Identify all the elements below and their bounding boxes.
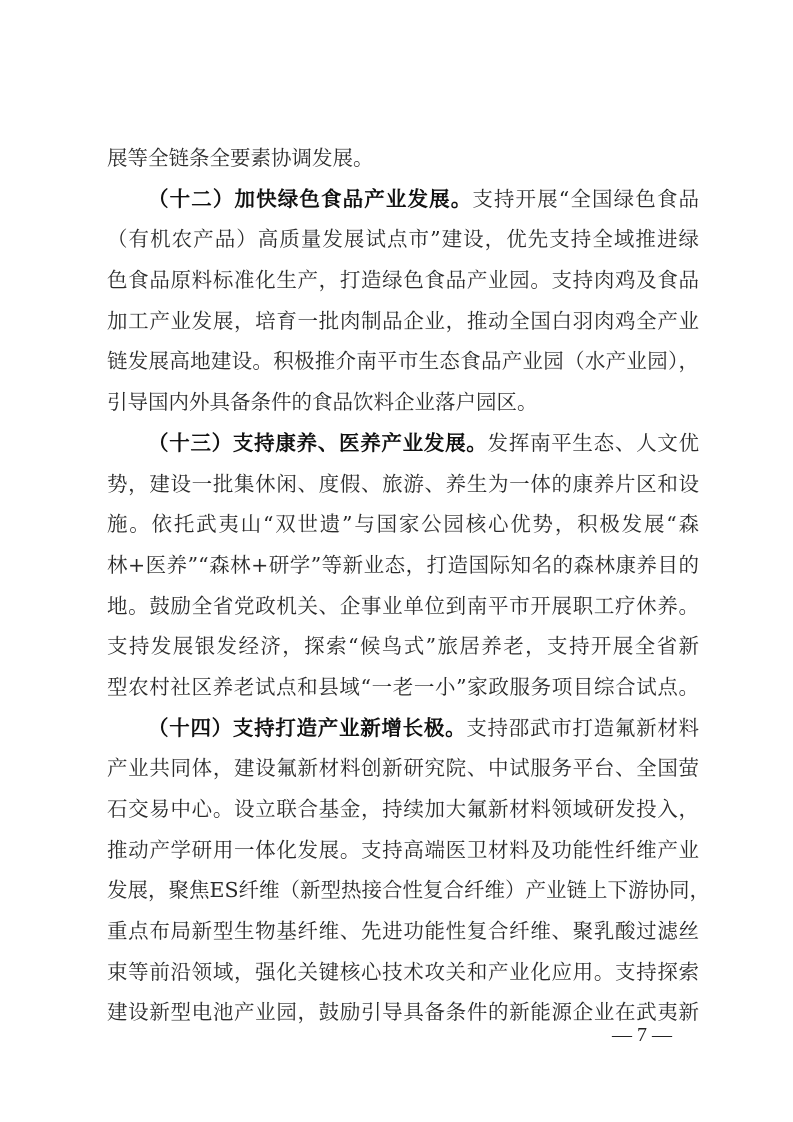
text-line: 发展，聚焦ES纤维（新型热接合性复合纤维）产业链上下游协同， xyxy=(107,870,699,911)
text-line: 束等前沿领域，强化关键核心技术攻关和产业化应用。支持探索 xyxy=(107,952,699,993)
text-line: 色食品原料标准化生产，打造绿色食品产业园。支持肉鸡及食品 xyxy=(107,260,699,301)
text-line: 施。依托武夷山“双世遗”与国家公园核心优势，积极发展“森 xyxy=(107,504,699,545)
text-line: 引导国内外具备条件的食品饮料企业落户园区。 xyxy=(107,382,699,423)
text-line: 势，建设一批集休闲、度假、旅游、养生为一体的康养片区和设 xyxy=(107,464,699,505)
text-line: 展等全链条全要素协调发展。 xyxy=(107,138,699,179)
line-text: 石交易中心。设立联合基金，持续加大氟新材料领域研发投入， xyxy=(107,797,699,821)
line-text: 林+医养”“森林+研学”等新业态，打造国际知名的森林康养目的 xyxy=(107,553,699,577)
text-line: 链发展高地建设。积极推介南平市生态食品产业园（水产业园）， xyxy=(107,341,699,382)
line-text: 重点布局新型生物基纤维、先进功能性复合纤维、聚乳酸过滤丝 xyxy=(107,919,699,943)
line-text: 加工产业发展，培育一批肉制品企业，推动全国白羽肉鸡全产业 xyxy=(107,309,699,333)
line-text: 束等前沿领域，强化关键核心技术攻关和产业化应用。支持探索 xyxy=(107,960,699,984)
text-line: 支持发展银发经济，探索“候鸟式”旅居养老，支持开展全省新 xyxy=(107,626,699,667)
line-text: 地。鼓励全省党政机关、企事业单位到南平市开展职工疗休养。 xyxy=(107,594,699,618)
line-text: 支持邵武市打造氟新材料 xyxy=(466,716,699,740)
text-line: 林+医养”“森林+研学”等新业态，打造国际知名的森林康养目的 xyxy=(107,545,699,586)
section-heading-line: （十四）支持打造产业新增长极。支持邵武市打造氟新材料 xyxy=(107,708,699,749)
text-line: 石交易中心。设立联合基金，持续加大氟新材料领域研发投入， xyxy=(107,789,699,830)
document-body: 展等全链条全要素协调发展。 （十二）加快绿色食品产业发展。支持开展“全国绿色食品… xyxy=(107,138,699,1033)
line-text: 型农村社区养老试点和县域“一老一小”家政服务项目综合试点。 xyxy=(107,675,699,699)
text-line: 地。鼓励全省党政机关、企事业单位到南平市开展职工疗休养。 xyxy=(107,586,699,627)
line-text: 展等全链条全要素协调发展。 xyxy=(107,146,374,170)
section-heading-14: （十四）支持打造产业新增长极。 xyxy=(148,716,466,740)
line-text: 产业共同体，建设氟新材料创新研究院、中试服务平台、全国萤 xyxy=(107,756,699,780)
line-text: 推动产学研用一体化发展。支持高端医卫材料及功能性纤维产业 xyxy=(107,838,699,862)
text-line: 型农村社区养老试点和县域“一老一小”家政服务项目综合试点。 xyxy=(107,667,699,708)
line-text: 势，建设一批集休闲、度假、旅游、养生为一体的康养片区和设 xyxy=(107,472,699,496)
line-text: 色食品原料标准化生产，打造绿色食品产业园。支持肉鸡及食品 xyxy=(107,268,699,292)
line-text: 引导国内外具备条件的食品饮料企业落户园区。 xyxy=(107,390,538,414)
section-heading-12: （十二）加快绿色食品产业发展。 xyxy=(148,187,472,211)
section-heading-line: （十二）加快绿色食品产业发展。支持开展“全国绿色食品 xyxy=(107,179,699,220)
text-line: 产业共同体，建设氟新材料创新研究院、中试服务平台、全国萤 xyxy=(107,748,699,789)
line-text: 支持发展银发经济，探索“候鸟式”旅居养老，支持开展全省新 xyxy=(107,634,699,658)
line-text: 发挥南平生态、人文优 xyxy=(488,431,699,455)
text-line: 推动产学研用一体化发展。支持高端医卫材料及功能性纤维产业 xyxy=(107,830,699,871)
text-line: 重点布局新型生物基纤维、先进功能性复合纤维、聚乳酸过滤丝 xyxy=(107,911,699,952)
line-text: 链发展高地建设。积极推介南平市生态食品产业园（水产业园）， xyxy=(107,349,699,373)
page-number: — 7 — xyxy=(610,1022,674,1048)
text-line: （有机农产品）高质量发展试点市”建设，优先支持全域推进绿 xyxy=(107,219,699,260)
section-heading-line: （十三）支持康养、医养产业发展。发挥南平生态、人文优 xyxy=(107,423,699,464)
line-text: 建设新型电池产业园，鼓励引导具备条件的新能源企业在武夷新 xyxy=(107,1000,699,1024)
line-text: 发展，聚焦ES纤维（新型热接合性复合纤维）产业链上下游协同， xyxy=(107,878,710,902)
line-text: 支持开展“全国绿色食品 xyxy=(472,187,699,211)
line-text: 施。依托武夷山“双世遗”与国家公园核心优势，积极发展“森 xyxy=(107,512,699,536)
section-heading-13: （十三）支持康养、医养产业发展。 xyxy=(148,431,488,455)
text-line: 加工产业发展，培育一批肉制品企业，推动全国白羽肉鸡全产业 xyxy=(107,301,699,342)
line-text: （有机农产品）高质量发展试点市”建设，优先支持全域推进绿 xyxy=(107,227,699,251)
